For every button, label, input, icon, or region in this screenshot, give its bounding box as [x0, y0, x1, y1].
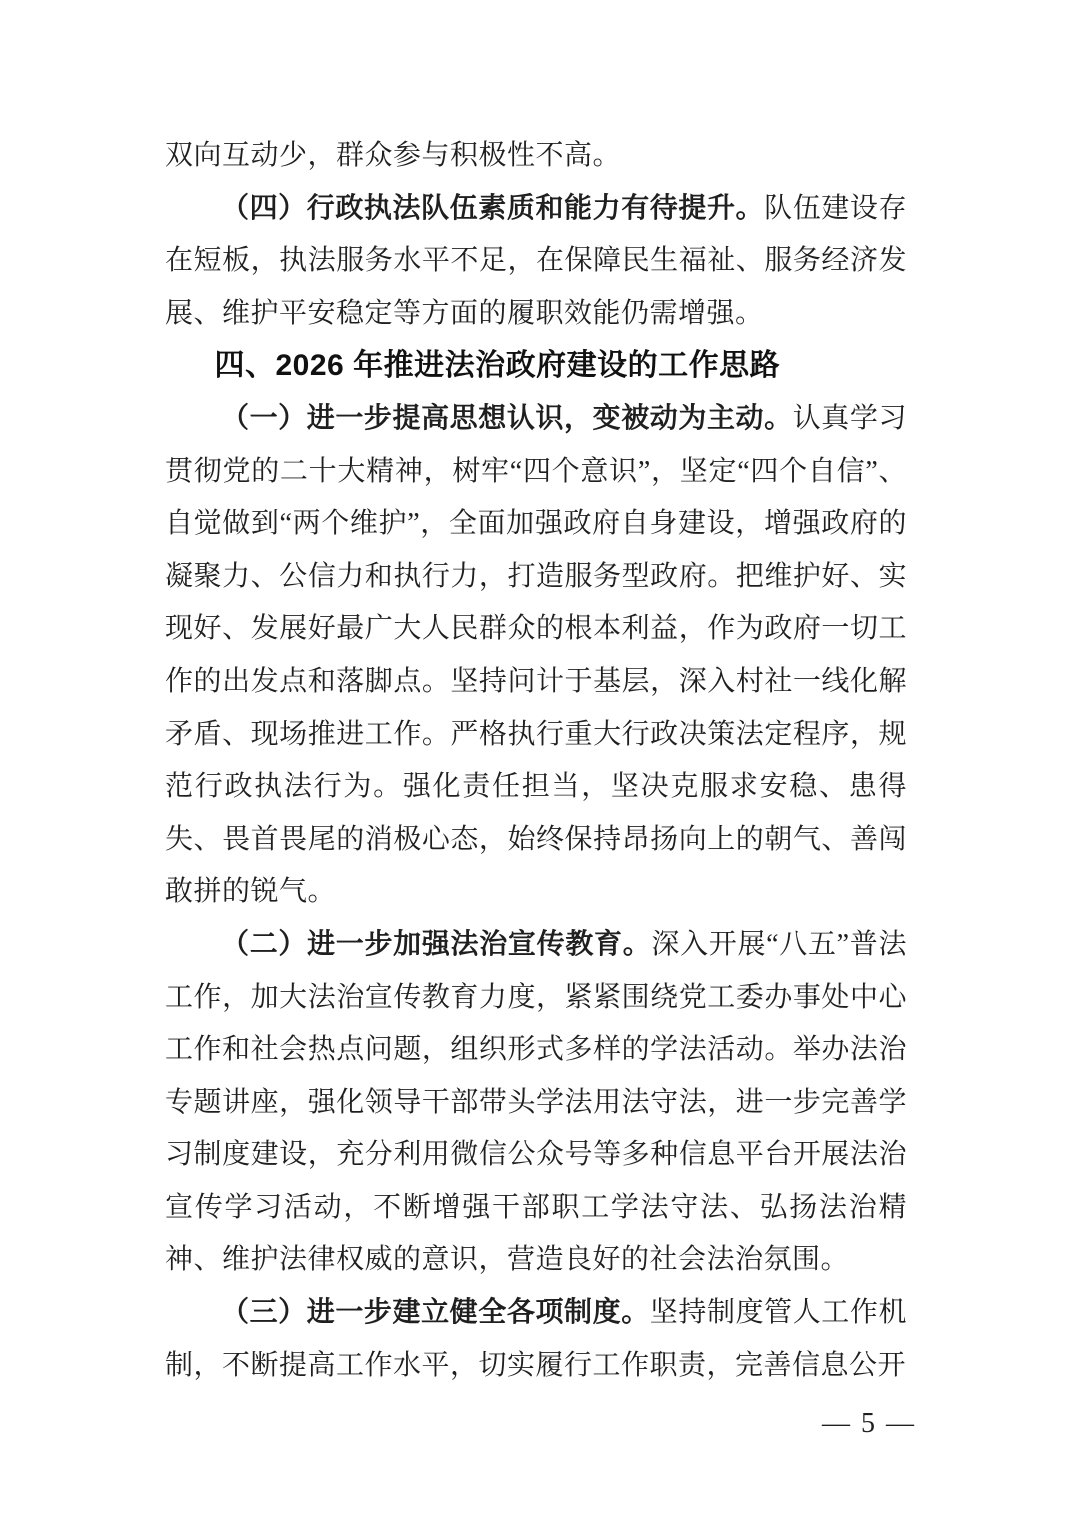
paragraph-item-1: （一）进一步提高思想认识，变被动为主动。认真学习贯彻党的二十大精神，树牢“四个意… [165, 393, 907, 919]
paragraph-item-4-lead: （四）行政执法队伍素质和能力有待提升。 [221, 193, 764, 224]
paragraph-item-2: （二）进一步加强法治宣传教育。深入开展“八五”普法工作，加大法治宣传教育力度，紧… [165, 919, 907, 1287]
page-number: — 5 — [822, 1408, 916, 1440]
paragraph-item-4: （四）行政执法队伍素质和能力有待提升。队伍建设存在短板，执法服务水平不足，在保障… [165, 183, 907, 341]
document-body: 双向互动少，群众参与积极性不高。 （四）行政执法队伍素质和能力有待提升。队伍建设… [165, 130, 907, 1392]
paragraph-item-1-lead: （一）进一步提高思想认识，变被动为主动。 [221, 403, 793, 434]
paragraph-item-2-lead: （二）进一步加强法治宣传教育。 [221, 929, 651, 960]
section-heading: 四、2026 年推进法治政府建设的工作思路 [165, 340, 907, 393]
paragraph-item-3-lead: （三）进一步建立健全各项制度。 [221, 1297, 650, 1328]
paragraph-item-2-text: 深入开展“八五”普法工作，加大法治宣传教育力度，紧紧围绕党工委办事处中心工作和社… [165, 929, 907, 1276]
paragraph-item-3: （三）进一步建立健全各项制度。坚持制度管人工作机制，不断提高工作水平，切实履行工… [165, 1287, 907, 1392]
paragraph-continuation: 双向互动少，群众参与积极性不高。 [165, 130, 907, 183]
paragraph-item-1-text: 认真学习贯彻党的二十大精神，树牢“四个意识”，坚定“四个自信”、自觉做到“两个维… [165, 403, 907, 907]
document-page: 双向互动少，群众参与积极性不高。 （四）行政执法队伍素质和能力有待提升。队伍建设… [0, 0, 1074, 1520]
